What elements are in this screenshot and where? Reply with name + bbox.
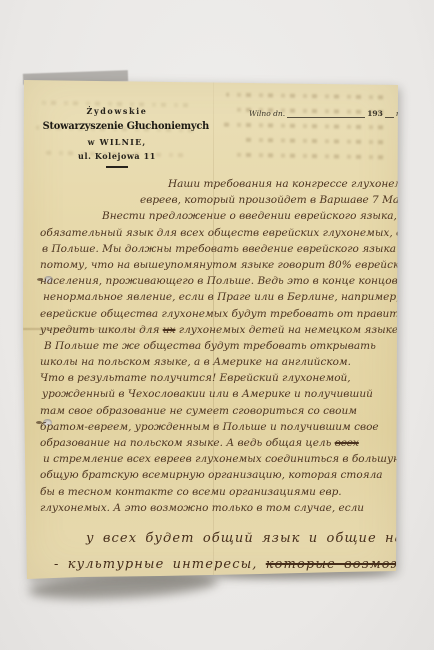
handwriting-line: общую братскую всемирную организацию, ко… — [40, 467, 398, 483]
ink-bleedthrough — [231, 153, 386, 160]
handwriting-text: потому, что на вышеупомянутом языке гово… — [40, 259, 401, 271]
struck-word: которые возможны — [266, 557, 401, 572]
handwriting-text: глухонемых. А это возможно только в том … — [40, 502, 364, 514]
handwriting-line: и стремление всех евреев глухонемых соед… — [43, 451, 398, 467]
struck-word: их — [163, 324, 176, 336]
handwriting-line: в Польше. Мы должны требовать введение е… — [42, 241, 398, 257]
handwriting-text: урожденный в Чехословакии или в Америке … — [42, 388, 373, 400]
scanned-document-photo: Żydowskie Stowarzyszenie Głuchoniemych w… — [0, 0, 434, 650]
handwriting-text: евреев, который произойдет в Варшаве 7 М… — [140, 194, 401, 206]
handwriting-line: Наши требования на конгрессе глухонемых — [168, 176, 398, 192]
handwriting-line: обязательный язык для всех обществ еврей… — [40, 225, 398, 241]
handwriting-line: В Польше те же общества будут требовать … — [44, 338, 398, 354]
letterhead-org-line2: Stowarzyszenie Głuchoniemych — [43, 120, 192, 132]
handwriting-text: населения, проживающего в Польше. Ведь э… — [40, 275, 398, 287]
handwriting-line: глухонемых. А это возможно только в том … — [40, 500, 398, 516]
ink-bleedthrough — [221, 123, 386, 130]
handwriting-line: ненормальное явление, если в Праге или в… — [43, 289, 398, 305]
handwriting-line: населения, проживающего в Польше. Ведь э… — [40, 273, 398, 289]
ink-bleedthrough — [226, 93, 386, 100]
letterhead-city: w WILNIE, — [37, 137, 197, 147]
handwriting-text: школы на польском языке, а в Америке на … — [40, 356, 351, 368]
handwriting-text: еврейские общества глухонемых будут треб… — [40, 308, 401, 320]
handwriting-text: учредить школы для — [40, 324, 163, 336]
handwriting-text: братом-евреем, урожденным в Польше и пол… — [40, 421, 379, 433]
dateline-year-prefix: 193 — [367, 109, 383, 118]
letter-sheet-wrap: Żydowskie Stowarzyszenie Głuchoniemych w… — [21, 72, 401, 584]
handwriting-text: бы в тесном контакте со всеми организаци… — [40, 486, 342, 498]
letterhead-street: ul. Kolejowa 11 — [37, 151, 197, 161]
handwriting-text: В Польше те же общества будут требовать … — [44, 340, 376, 352]
handwriting-line: Внести предложение о введении еврейского… — [102, 208, 398, 224]
handwriting-text: - культурные интересы, — [54, 557, 266, 572]
handwriting-line: потому, что на вышеупомянутом языке гово… — [40, 257, 398, 273]
handwriting-line: урожденный в Чехословакии или в Америке … — [42, 386, 398, 402]
handwriting-text: и стремление всех евреев глухонемых соед… — [43, 453, 401, 465]
struck-word: всех — [335, 437, 359, 449]
handwriting-line: евреев, который произойдет в Варшаве 7 М… — [140, 192, 398, 208]
handwriting-text: там свое образование не сумеет сговорить… — [40, 405, 357, 417]
handwriting-line: бы в тесном контакте со всеми организаци… — [40, 484, 398, 500]
handwriting-text: обязательный язык для всех обществ еврей… — [40, 227, 401, 239]
dateline-place-label: Wilno dn. — [249, 109, 285, 118]
dateline-year-suffix: r. — [396, 109, 401, 118]
handwriting-line: Что в результате получится! Еврейский гл… — [40, 370, 398, 386]
handwriting-lines: Наши требования на конгрессе глухонемыхе… — [40, 176, 398, 578]
handwriting-line: - культурные интересы, которые возможны — [54, 552, 398, 578]
handwriting-line: учредить школы для их глухонемых детей н… — [40, 322, 398, 338]
dateline: Wilno dn. 193 r. — [249, 108, 401, 118]
handwriting-text: Наши требования на конгрессе глухонемых — [168, 178, 401, 190]
handwriting-line: школы на польском языке, а в Америке на … — [40, 354, 398, 370]
dateline-blank-line — [287, 108, 365, 118]
letterhead: Żydowskie Stowarzyszenie Głuchoniemych w… — [37, 106, 197, 168]
letterhead-org-line1: Żydowskie — [37, 106, 197, 116]
letterhead-rule — [106, 166, 128, 168]
handwriting-text: общую братскую всемирную организацию, ко… — [40, 469, 383, 481]
handwriting-line: еврейские общества глухонемых будут треб… — [40, 306, 398, 322]
handwriting-line: там свое образование не сумеет сговорить… — [40, 403, 398, 419]
handwriting-text: Что в результате получится! Еврейский гл… — [40, 372, 351, 384]
handwriting-line: братом-евреем, урожденным в Польше и пол… — [40, 419, 398, 435]
dateline-blank-short — [385, 108, 394, 118]
handwriting-text: глухонемых детей на немецком языке. — [175, 324, 401, 336]
handwriting-text: у всех будет общий язык и общие национал… — [86, 531, 401, 546]
handwriting-text: Внести предложение о введении еврейского… — [102, 210, 401, 222]
letter-sheet: Żydowskie Stowarzyszenie Głuchoniemych w… — [21, 72, 401, 584]
handwriting-text: ненормальное явление, если в Праге или в… — [43, 291, 399, 303]
handwriting-line: образование на польском языке. А ведь об… — [40, 435, 398, 451]
handwriting-text: образование на польском языке. А ведь об… — [40, 437, 335, 449]
ink-bleedthrough — [241, 138, 386, 145]
handwriting-line: у всех будет общий язык и общие национал… — [86, 526, 398, 552]
handwriting-text: в Польше. Мы должны требовать введение е… — [42, 243, 396, 255]
